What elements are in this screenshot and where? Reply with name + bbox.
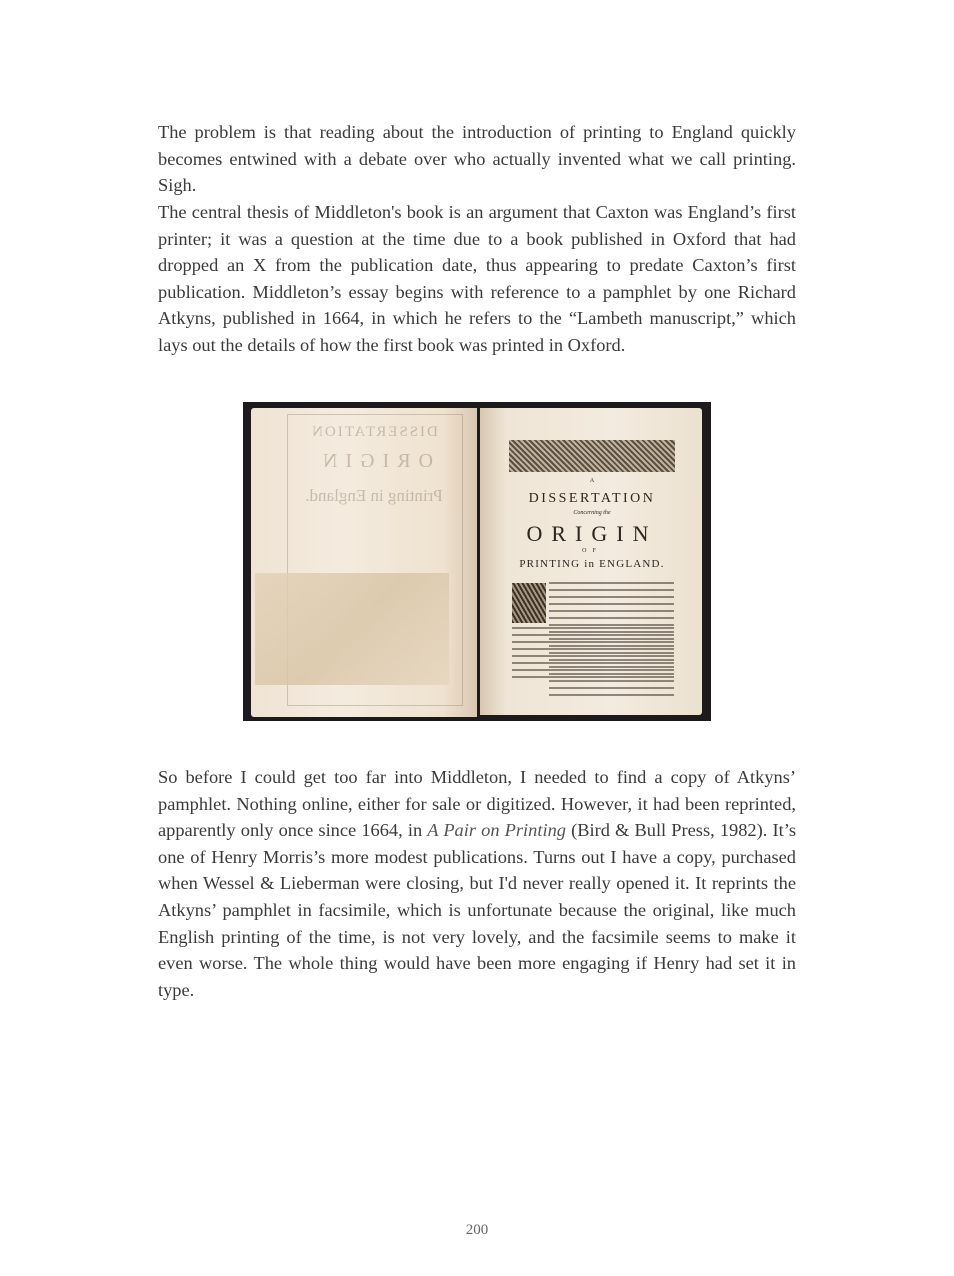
body-text-lines-lower <box>512 627 674 679</box>
book-photo: DISSERTATION ORIGIN Printing in England.… <box>243 402 711 721</box>
paragraph-3: So before I could get too far into Middl… <box>158 764 796 1003</box>
drop-cap-ornament <box>512 583 546 623</box>
headpiece-ornament <box>509 440 675 472</box>
title-origin: ORIGIN <box>509 521 675 547</box>
paragraph-2: The central thesis of Middleton's book i… <box>158 199 796 359</box>
paragraph-1: The problem is that reading about the in… <box>158 119 796 199</box>
document-page: The problem is that reading about the in… <box>0 0 954 1276</box>
title-printing-in-england: PRINTING in ENGLAND. <box>509 558 675 570</box>
show-through-origin: ORIGIN <box>289 450 459 473</box>
paste-patch <box>255 573 449 685</box>
title-a: A <box>509 478 675 484</box>
book-title-italic: A Pair on Printing <box>427 820 566 840</box>
show-through-title: DISSERTATION <box>289 424 459 441</box>
title-dissertation: DISSERTATION <box>509 491 675 507</box>
show-through-printing: Printing in England. <box>289 486 459 506</box>
page-number: 200 <box>0 1222 954 1239</box>
title-concerning: Concerning the <box>509 510 675 516</box>
paragraph-3-text-after: (Bird & Bull Press, 1982). It’s one of H… <box>158 820 796 1000</box>
title-of: OF <box>509 548 675 554</box>
